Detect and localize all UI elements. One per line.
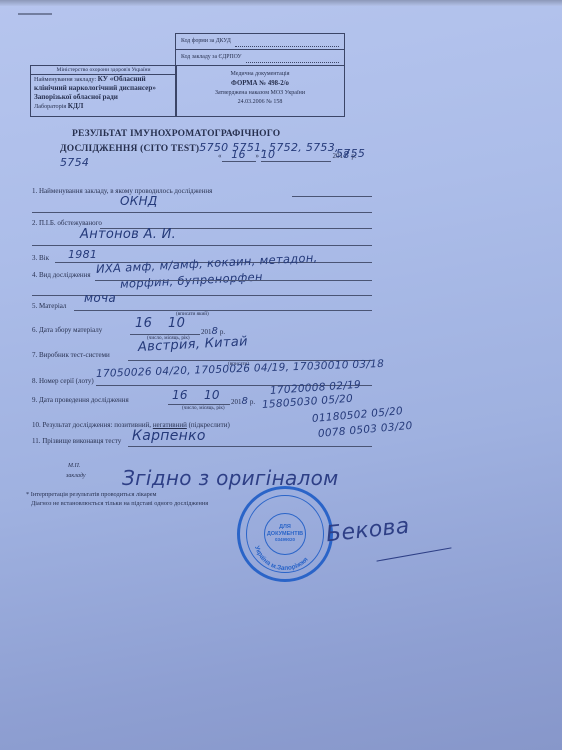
field2-rule-b (32, 245, 372, 246)
field7-label: 7. Виробник тест-системи (32, 351, 110, 359)
corner-mark (18, 13, 52, 15)
field9-month: 10 (204, 388, 220, 402)
field2-label: 2. П.І.Б. обстежуваного (32, 219, 102, 227)
stamp-code: 03499020 (265, 537, 305, 544)
doc-type: Медична документація (176, 70, 344, 79)
approval-date: 24.03.2006 № 158 (176, 98, 344, 107)
field5-label: 5. Матеріал (32, 302, 66, 310)
institution-value-1: КУ «Обласний (98, 75, 146, 83)
field4-label: 4. Вид дослідження (32, 271, 91, 279)
lab-label: Лабораторія (34, 103, 66, 110)
dkud-row: Код форми за ДКУД (176, 34, 344, 50)
form-info: Медична документація ФОРМА № 498-2/о Зат… (176, 66, 344, 107)
title-line2-text: ДОСЛІДЖЕННЯ (CITO TEST) (60, 144, 199, 154)
signature-underline (376, 547, 451, 561)
field3-value: 1981 (68, 248, 97, 261)
edrpou-row: Код закладу за ЄДРПОУ (176, 50, 344, 66)
institution-value-3: Запорізької обласної ради (34, 93, 118, 101)
edrpou-label: Код закладу за ЄДРПОУ (181, 50, 242, 65)
lab-line: Лабораторія КДЛ (31, 102, 176, 111)
field11-label: 11. Прізвище виконавця тесту (32, 437, 121, 445)
field4-rule-a (95, 280, 372, 281)
field8-label: 8. Номер серії (лоту) (32, 377, 94, 385)
dkud-label: Код форми за ДКУД (181, 34, 231, 49)
form-number: ФОРМА № 498-2/о (231, 80, 289, 87)
field6-month: 10 (168, 316, 185, 331)
institution-value-2: клінічний наркологічний диспансер» (34, 84, 156, 92)
dkud-cells (235, 37, 339, 47)
edrpou-cells (246, 53, 339, 63)
institution-line3: Запорізької обласної ради (31, 93, 176, 102)
field9-year: 2018 р. (231, 396, 255, 407)
mp-sub: закладу (66, 473, 86, 479)
institution-line1: Найменування закладу: КУ «Обласний (31, 75, 176, 84)
field9-year-prefix: 201 (231, 398, 242, 406)
stamp-center: ДЛЯ ДОКУМЕНТІВ 03499020 (264, 513, 306, 555)
signature: Бекова (325, 514, 411, 548)
field1-rule-a (292, 196, 372, 197)
field9-day: 16 (172, 388, 188, 402)
title-date-day: 16 (222, 148, 256, 162)
ministry-header: Міністерство охорони здоров'я України (31, 66, 176, 75)
field6-day: 16 (135, 316, 152, 331)
approval-text: Затверджена наказом МОЗ України (176, 89, 344, 98)
test-number-extra: 5755 (336, 147, 365, 160)
field3-label: 3. Вік (32, 254, 49, 262)
field11-value: Карпенко (132, 428, 206, 444)
mp-label: М.П. (68, 463, 80, 469)
field6-year-prefix: 201 (201, 328, 212, 336)
handwritten-certification: Згідно з оригіналом (122, 466, 339, 490)
title-date-month: 10 (261, 148, 331, 162)
field2-value: Антонов А. И. (80, 227, 176, 242)
field9-year-hw: 8 (242, 396, 249, 407)
field4-rule-b (32, 295, 372, 296)
field9-hint: (число, місяць, рік) (182, 405, 225, 411)
field1-value: ОКНД (120, 194, 158, 208)
field9-suffix: р. (250, 398, 255, 406)
official-stamp: Україна м.Запоріжжя ДЛЯ ДОКУМЕНТІВ 03499… (237, 486, 333, 582)
institution-label: Найменування закладу: (34, 76, 96, 83)
field5-value: моча (84, 291, 116, 305)
field6-label: 6. Дата збору матеріалу (32, 326, 102, 334)
lab-value: КДЛ (68, 102, 84, 110)
footnote-diagnosis: Діагноз не встановлюється тільки на підс… (31, 500, 208, 507)
institution-line2: клінічний наркологічний диспансер» (31, 84, 176, 93)
photo-top-edge (0, 0, 562, 6)
field9-label: 9. Дата проведення дослідження (32, 396, 129, 404)
title-line1: РЕЗУЛЬТАТ ІМУНОХРОМАТОГРАФІЧНОГО (60, 128, 340, 141)
footnote-interpretation: * Інтерпретація результатів проводиться … (26, 491, 157, 498)
field5-rule (74, 310, 372, 311)
field11-rule (128, 446, 372, 447)
form-info-box: Код форми за ДКУД Код закладу за ЄДРПОУ … (175, 33, 345, 117)
field1-rule-b (32, 212, 372, 213)
institution-box: Міністерство охорони здоров'я України На… (30, 65, 177, 117)
